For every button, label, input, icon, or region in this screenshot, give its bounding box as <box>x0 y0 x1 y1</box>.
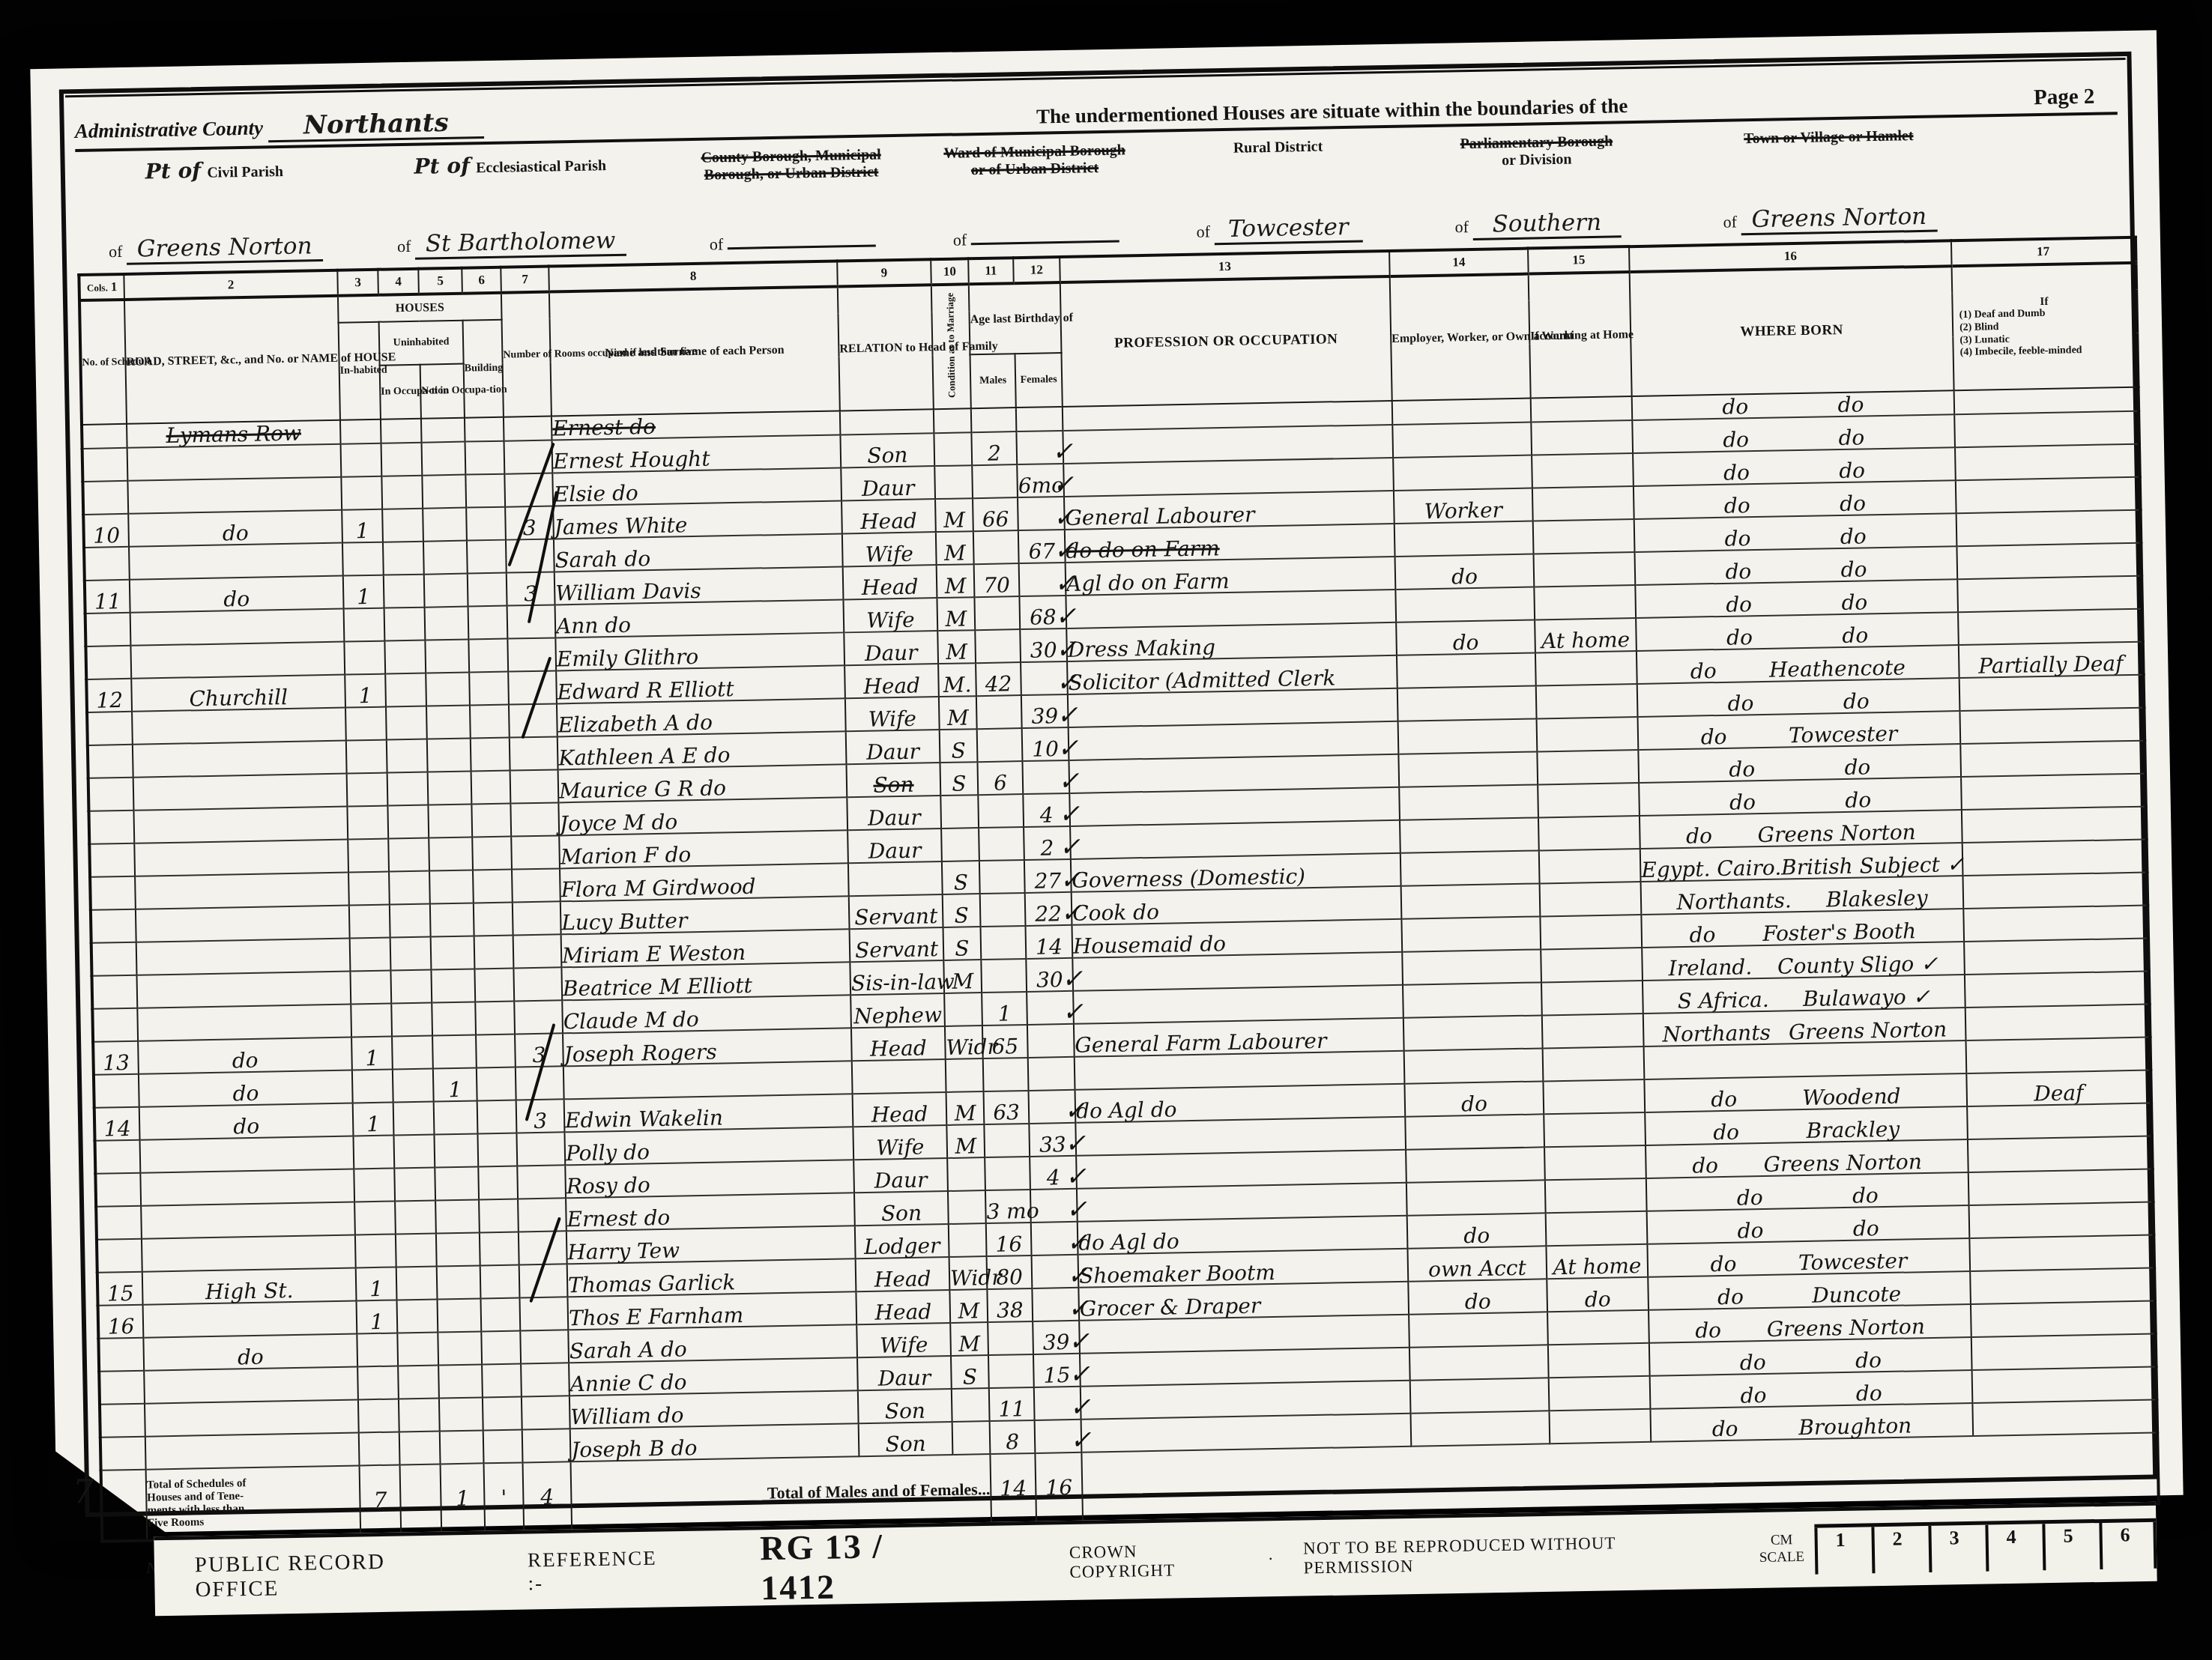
cell-name: Rosy do <box>565 1160 854 1198</box>
cell-schedule <box>92 975 138 1009</box>
cell-infirmity <box>1958 609 2143 646</box>
totals-males-females-label: Total of Males and of Females... <box>571 1454 992 1533</box>
cell-inhabited <box>355 1234 396 1267</box>
cell-road: High St. <box>142 1267 357 1304</box>
cell-home: do <box>1547 1277 1649 1312</box>
cell-condition-text: M <box>955 1133 976 1159</box>
check-mark: ✓ <box>1060 867 1081 894</box>
cell-in-occupation <box>393 1102 435 1136</box>
cell-not-in-occupation <box>421 418 465 443</box>
check-mark: ✓ <box>1067 1263 1089 1289</box>
cell-not-in-occupation <box>429 870 474 904</box>
cell-schedule-text: 11 <box>94 589 121 614</box>
cell-age-male <box>979 827 1024 861</box>
census-table-container: Cols.1234567891011121314151617No. of Sch… <box>77 236 2143 1543</box>
cell-name-text: Sarah A do <box>569 1336 686 1363</box>
cell-not-in-occupation <box>422 475 466 509</box>
cell-relation: Head <box>843 565 937 599</box>
cell-building <box>468 639 508 673</box>
cell-age-male <box>981 959 1027 993</box>
cell-born: dodo <box>1649 1337 1972 1376</box>
cell-home <box>1539 849 1641 883</box>
cell-inhabited-text: 1 <box>358 683 372 708</box>
census-form-sheet: Administrative County Northants The unde… <box>30 30 2183 1534</box>
cell-age-male <box>974 596 1020 630</box>
cell-condition-text: M <box>954 1100 976 1126</box>
cell-schedule <box>85 613 131 646</box>
cell-schedule <box>84 547 130 581</box>
cell-name: Emily Glithro <box>555 632 844 670</box>
born-part: do <box>1713 1122 1739 1144</box>
totals-building: ' <box>484 1462 525 1534</box>
cell-infirmity <box>1955 444 2140 481</box>
born-part: Greens Norton <box>1766 1316 1925 1340</box>
cell-employer: do <box>1395 554 1535 590</box>
born-part: Blakesley <box>1826 888 1928 910</box>
cell-relation-text: Son <box>884 1399 925 1424</box>
cell-home <box>1549 1376 1651 1411</box>
cell-home-text: At home <box>1541 627 1630 653</box>
census-table: Cols.1234567891011121314151617No. of Sch… <box>77 236 2160 1543</box>
cell-employer <box>1400 850 1540 885</box>
born-part: do <box>1852 1185 1879 1207</box>
cell-home <box>1531 396 1633 422</box>
cell-relation: Head <box>853 1092 947 1127</box>
cell-relation: Head <box>856 1257 950 1291</box>
totals-males-text: 14 <box>1000 1476 1027 1501</box>
cell-infirmity <box>1971 1300 2156 1337</box>
cell-born: dodo <box>1647 1205 1970 1244</box>
cell-rooms <box>514 1000 563 1034</box>
cell-age-female-text: 39 <box>1043 1330 1070 1355</box>
cell-condition: M <box>943 960 982 993</box>
cell-in-occupation <box>381 419 422 443</box>
born-part: do <box>1725 561 1751 583</box>
cell-age-male-text: 1 <box>997 1001 1011 1026</box>
cell-age-female-text: 2 <box>1040 835 1054 860</box>
cell-name: Lucy Butter <box>560 896 850 934</box>
born-part: do <box>1840 493 1866 515</box>
cell-inhabited <box>341 476 382 510</box>
cell-condition-text: M <box>946 639 967 664</box>
cell-inhabited <box>350 938 391 972</box>
cell-age-female-text: 30 <box>1036 967 1063 993</box>
cell-born: doTowcester <box>1638 711 1961 750</box>
cell-schedule <box>88 778 134 811</box>
cell-relation-text: Daur <box>874 1167 928 1193</box>
cell-inhabited: 1 <box>345 674 386 708</box>
cell-name-text: Annie C do <box>569 1369 686 1396</box>
cell-age-male: 42 <box>976 662 1021 696</box>
cell-name: Thos E Farnham <box>567 1291 856 1330</box>
cell-born: doTowcester <box>1647 1238 1970 1277</box>
check-mark: ✓ <box>1059 834 1081 861</box>
cell-age-male: 65 <box>982 1025 1028 1058</box>
cell-condition-text: S <box>955 936 970 960</box>
cell-infirmity <box>1961 774 2146 811</box>
totals-inhabited-text: 7 <box>373 1488 387 1512</box>
cell-name-text: Joseph Rogers <box>563 1040 717 1067</box>
cell-in-occupation <box>395 1201 436 1235</box>
cell-home <box>1535 651 1637 685</box>
cell-employer <box>1406 1147 1545 1182</box>
cell-condition: M <box>950 1322 988 1356</box>
cell-condition-text: M <box>945 606 967 631</box>
cell-inhabited-text: 1 <box>365 1046 378 1070</box>
cell-age-male <box>978 794 1024 828</box>
cell-inhabited: 1 <box>356 1267 397 1300</box>
cell-condition: S <box>951 1355 989 1389</box>
cell-not-in-occupation <box>422 442 466 476</box>
cell-employer <box>1392 399 1532 425</box>
cell-infirmity <box>1970 1267 2155 1304</box>
col-home: If Working at Home <box>1529 272 1632 398</box>
cell-building <box>474 969 514 1002</box>
cell-inhabited <box>341 443 382 477</box>
cell-name: Harry Tew <box>566 1226 856 1264</box>
cell-born: dodo <box>1636 612 1959 651</box>
cell-born: dodo <box>1634 513 1957 552</box>
born-part: do <box>1837 394 1864 416</box>
cell-age-male: 38 <box>987 1288 1033 1322</box>
cell-employer-text: do <box>1461 1091 1487 1117</box>
ward-label-2: or of Urban District <box>971 160 1099 178</box>
cell-road: do <box>139 1070 353 1107</box>
cell-not-in-occupation <box>425 607 469 640</box>
cell-home <box>1531 420 1633 455</box>
cell-relation-text: Daur <box>868 805 921 831</box>
cell-building <box>478 1166 518 1200</box>
cell-schedule: 14 <box>94 1107 140 1141</box>
cell-not-in-occupation <box>424 574 468 608</box>
cell-condition <box>949 1223 987 1257</box>
cell-building <box>483 1429 523 1463</box>
cell-home: At home <box>1535 618 1637 652</box>
cell-building <box>477 1067 516 1101</box>
cell-inhabited <box>350 971 391 1005</box>
check-mark: ✓ <box>1070 1428 1092 1454</box>
cell-born: dodo <box>1638 744 1961 783</box>
cell-road-text: do <box>223 521 249 546</box>
column-number: 12 <box>1013 257 1060 283</box>
cell-home <box>1544 1112 1646 1147</box>
cell-age-female-text: 10 <box>1032 736 1059 762</box>
cell-schedule-text: 16 <box>107 1314 134 1339</box>
infirmity-list: (1) Deaf and Dumb(2) Blind(3) Lunatic(4)… <box>1953 306 2136 360</box>
totals-schedule-count: 7 <box>73 1476 94 1509</box>
cell-employer <box>1403 1015 1543 1050</box>
of-label: of <box>953 230 967 249</box>
cell-infirmity <box>1969 1202 2154 1239</box>
cell-name: Joseph Rogers <box>563 1028 852 1066</box>
cell-home <box>1549 1409 1651 1444</box>
cell-inhabited <box>357 1366 399 1399</box>
cell-rooms <box>520 1330 569 1363</box>
born-part: Egypt. Cairo. <box>1641 858 1781 881</box>
cell-building <box>479 1199 519 1232</box>
cell-infirmity <box>1965 972 2150 1008</box>
cell-inhabited <box>357 1333 398 1366</box>
cell-relation-text: Wife <box>866 608 915 633</box>
cell-age-male <box>979 860 1025 894</box>
totals-not-in-occupation: 1 <box>441 1463 486 1535</box>
cell-rooms <box>510 802 559 836</box>
born-part: Brackley <box>1806 1119 1900 1142</box>
cell-relation: Head <box>844 664 939 698</box>
cell-age-female-text: 39 <box>1031 703 1058 729</box>
cell-name-text: Claude M do <box>563 1007 698 1034</box>
cell-employer: own Acct <box>1407 1246 1547 1281</box>
cell-in-occupation <box>391 1003 432 1037</box>
cell-inhabited <box>345 707 387 741</box>
cell-age-male: 8 <box>990 1420 1036 1454</box>
cell-schedule: 16 <box>98 1305 144 1339</box>
cell-not-in-occupation <box>425 640 469 673</box>
born-part: Towcester <box>1789 724 1898 747</box>
town-village-value: Greens Norton <box>1741 205 1937 236</box>
cell-building <box>467 540 507 574</box>
cell-age-male <box>972 464 1018 498</box>
of-label: of <box>1454 217 1469 236</box>
cell-infirmity <box>1956 477 2141 514</box>
cell-relation-text: Head <box>862 575 919 600</box>
page-number: Page 2 <box>1930 84 2118 112</box>
cell-born: dodo <box>1632 414 1955 453</box>
cell-infirmity <box>1962 807 2147 843</box>
cell-home <box>1541 981 1643 1015</box>
cell-relation-text: Head <box>874 1299 931 1324</box>
cell-born: doGreens Norton <box>1646 1139 1968 1178</box>
separator-dot: · <box>1268 1549 1274 1569</box>
cell-in-occupation <box>381 443 423 476</box>
cell-rooms <box>507 637 556 671</box>
cell-inhabited <box>348 839 389 873</box>
cell-schedule-text: 10 <box>93 523 120 548</box>
col-females: Females <box>1015 353 1063 408</box>
cell-schedule <box>100 1404 145 1438</box>
born-part: do <box>1740 1385 1766 1407</box>
cell-employer <box>1397 685 1537 721</box>
parliamentary-label-2: or Division <box>1502 151 1572 169</box>
cell-relation: Son <box>859 1422 953 1456</box>
cell-condition-text: S <box>954 870 969 894</box>
cell-employer <box>1410 1378 1550 1413</box>
cell-in-occupation <box>398 1365 439 1399</box>
cell-infirmity: Deaf <box>1966 1070 2151 1107</box>
column-number: 14 <box>1389 249 1529 276</box>
born-part: Greens Norton <box>1789 1020 1947 1043</box>
cell-not-in-occupation <box>434 1100 478 1134</box>
cell-home <box>1532 486 1634 521</box>
cell-home <box>1543 1079 1645 1114</box>
cell-condition: M <box>935 498 973 532</box>
cell-name: Elizabeth A do <box>557 698 846 736</box>
cell-inhabited <box>342 542 384 576</box>
check-mark: ✓ <box>1057 736 1079 762</box>
cell-infirmity <box>1962 873 2148 909</box>
cell-name-text: Polly do <box>566 1139 650 1166</box>
cell-condition <box>948 1190 986 1224</box>
cell-condition <box>934 408 972 433</box>
cm-ruler: 123456 <box>1814 1518 2157 1575</box>
cell-rooms <box>511 835 560 869</box>
cell-road <box>127 477 342 514</box>
cell-name <box>563 1061 853 1099</box>
born-part: do <box>1737 1187 1763 1209</box>
cell-building <box>472 837 512 870</box>
cell-schedule-text: 13 <box>103 1050 130 1076</box>
county-borough-value <box>728 243 876 250</box>
cell-relation: Lodger <box>855 1224 949 1258</box>
cell-inhabited <box>344 608 385 642</box>
cell-in-occupation <box>388 838 429 872</box>
check-mark: ✓ <box>1062 966 1084 993</box>
totals-rooms-text: 4 <box>540 1485 554 1509</box>
cell-infirmity-text: Partially Deaf <box>1978 651 2124 679</box>
cell-condition-text: S <box>963 1364 978 1389</box>
cell-building <box>480 1297 520 1331</box>
cell-name-text: Thomas Garlick <box>568 1270 736 1297</box>
cell-relation-text: Head <box>860 509 917 534</box>
cell-infirmity-text: Deaf <box>2034 1080 2084 1106</box>
cell-name: Miriam E Weston <box>561 929 850 967</box>
check-mark: ✓ <box>1066 1230 1088 1256</box>
cell-in-occupation <box>390 904 431 938</box>
cell-rooms: 3 <box>507 572 555 605</box>
cell-building <box>473 870 513 903</box>
cell-employer <box>1392 422 1532 458</box>
cell-condition: M. <box>938 663 976 697</box>
cell-condition-text: M <box>958 1298 979 1324</box>
cell-condition <box>934 465 973 499</box>
cell-name-text: James White <box>554 512 687 539</box>
cell-building <box>471 771 511 805</box>
cell-rooms <box>517 1165 566 1199</box>
cell-name: Flora M Girdwood <box>560 863 849 901</box>
born-part: do <box>1727 693 1753 715</box>
cell-rooms-text: 3 <box>534 1109 547 1133</box>
cell-inhabited-text: 1 <box>369 1276 383 1301</box>
cell-name-text: Joyce M do <box>560 810 678 837</box>
check-mark: ✓ <box>1060 900 1082 927</box>
no-reproduction-notice: NOT TO BE REPRODUCED WITHOUT PERMISSION <box>1303 1532 1707 1578</box>
civil-parish-value: Greens Norton <box>127 234 323 265</box>
cell-employer <box>1403 982 1542 1017</box>
cell-condition: S <box>942 861 980 894</box>
cell-relation: Son <box>840 433 934 467</box>
born-part: do <box>1723 462 1750 484</box>
rural-district-value: Towcester <box>1214 216 1363 246</box>
cell-building <box>483 1396 522 1430</box>
cell-relation: Daur <box>853 1158 948 1193</box>
cell-infirmity <box>1963 906 2148 942</box>
cell-road <box>145 1432 360 1469</box>
cell-age-male <box>988 1354 1034 1388</box>
cell-name: Edwin Wakelin <box>564 1094 853 1132</box>
cell-not-in-occupation <box>440 1430 484 1464</box>
check-mark: ✓ <box>1058 802 1080 828</box>
totals-males: 14 <box>990 1453 1036 1525</box>
cell-road: do <box>130 576 344 613</box>
cell-schedule <box>95 1173 141 1207</box>
cell-not-in-occupation <box>428 772 472 805</box>
col-rooms: Number of Rooms occupied if less than fi… <box>501 292 552 417</box>
cell-in-occupation <box>390 937 432 971</box>
cell-relation: Wife <box>856 1323 951 1357</box>
cell-building <box>469 672 509 706</box>
cell-name: Ernest do <box>566 1193 855 1231</box>
cell-home <box>1534 585 1636 620</box>
cell-schedule <box>97 1239 142 1273</box>
check-mark: ✓ <box>1062 999 1084 1026</box>
cell-relation-text: Head <box>870 1035 927 1061</box>
cell-relation: Wife <box>845 697 940 731</box>
cell-name-text: Ernest do <box>552 414 656 441</box>
civil-parish-pre: Pt of <box>145 158 201 184</box>
cm-scale: CMSCALE 123456 <box>1759 1518 2157 1575</box>
cell-age-female-text: 30 <box>1030 637 1057 663</box>
cell-road-text: Churchill <box>189 685 288 711</box>
born-part: do <box>1724 495 1750 517</box>
cell-infirmity <box>1969 1235 2154 1271</box>
cell-building <box>466 507 506 541</box>
eccl-parish-pre: Pt of <box>414 153 470 178</box>
cell-not-in-occupation <box>431 969 475 1003</box>
cell-rooms <box>522 1429 571 1462</box>
cell-condition: S <box>940 729 978 763</box>
born-part: S Africa. <box>1678 990 1769 1012</box>
cell-in-occupation <box>382 509 423 542</box>
cell-road <box>141 1202 355 1238</box>
field-town-village: Town or Village or Hamlet of Greens Nort… <box>1671 121 1988 240</box>
admin-county-block: Administrative County Northants <box>74 105 734 146</box>
cell-inhabited <box>359 1432 400 1465</box>
cell-schedule <box>88 745 133 778</box>
cell-infirmity <box>1957 576 2142 613</box>
form-border: Administrative County Northants The unde… <box>59 52 2157 1517</box>
cell-road-text: High St. <box>205 1278 294 1304</box>
cell-in-occupation <box>387 739 428 773</box>
cell-employer-text: do <box>1452 630 1478 655</box>
born-part: do <box>1853 1218 1879 1240</box>
cell-employer: do <box>1404 1081 1544 1116</box>
check-mark: ✓ <box>1068 1296 1090 1322</box>
cell-infirmity <box>1971 1333 2157 1370</box>
cell-road <box>130 609 345 646</box>
cell-age-female-text: 4 <box>1046 1165 1060 1190</box>
cell-name-text: Marion F do <box>560 842 691 869</box>
cell-home <box>1542 1014 1644 1048</box>
cell-relation: Son <box>858 1389 952 1423</box>
field-rural-district: Rural District of Towcester <box>1154 133 1403 249</box>
cell-relation-text: Daur <box>868 838 922 864</box>
cell-inhabited-text: 1 <box>370 1309 384 1334</box>
born-part: do <box>1840 526 1867 548</box>
cell-age-female-text: 22 <box>1035 901 1062 927</box>
cell-not-in-occupation <box>427 739 471 772</box>
cell-name-text: Lucy Butter <box>561 908 688 935</box>
cell-born: dodo <box>1635 579 1958 618</box>
cell-rooms <box>513 967 562 1001</box>
col-inhabited: In-habited <box>339 322 381 420</box>
cell-not-in-occupation <box>438 1331 482 1365</box>
cell-in-occupation <box>389 871 430 905</box>
born-part: do <box>1855 1350 1882 1372</box>
cell-relation: Servant <box>850 927 944 962</box>
cell-name-text: Harry Tew <box>567 1238 680 1265</box>
cell-name: Annie C do <box>569 1357 858 1396</box>
cell-employer: do <box>1408 1279 1547 1314</box>
